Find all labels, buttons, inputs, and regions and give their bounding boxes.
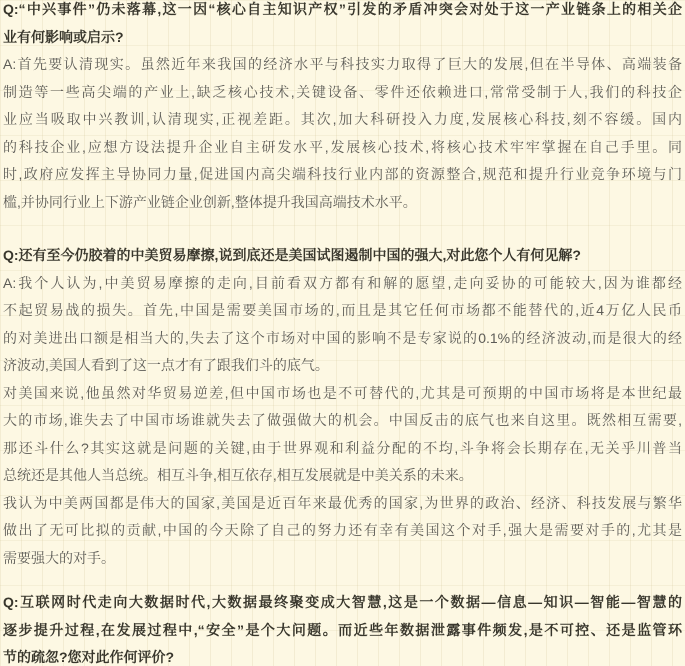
answer-paragraph-1: A:首先要认清现实。虽然近年来我国的经济水平与科技实力取得了巨大的发展,但在半导… xyxy=(3,51,682,216)
question-line: Q:互联网时代走向大数据时代,大数据最终聚变成大智慧,这是一个数据—信息—知识—… xyxy=(3,589,682,617)
question-line: 节的疏忽?您对此作何评价? xyxy=(3,644,682,666)
answer-paragraph-2b: 对美国来说,他虽然对华贸易逆差,但中国市场也是不可替代的,尤其是可预期的中国市场… xyxy=(3,380,682,490)
answer-line: A:我个人认为,中美贸易摩擦的走向,目前看双方都有和解的愿望,走向妥协的可能较大… xyxy=(3,270,682,298)
answer-line: 济波动,美国人看到了这一点才有了跟我们斗的底气。 xyxy=(3,352,682,380)
answer-line: 业应当吸取中兴教训,认清现实,正视差距。其次,加大科研投入力度,发展核心科技,刻… xyxy=(3,106,682,134)
question-paragraph-1: Q:“中兴事件”仍未落幕,这一因“核心自主知识产权”引发的矛盾冲突会对处于这一产… xyxy=(3,0,682,51)
question-paragraph-3: Q:互联网时代走向大数据时代,大数据最终聚变成大智慧,这是一个数据—信息—知识—… xyxy=(3,589,682,666)
answer-line: 的科技企业,应想方设法提升企业自主研发水平,发展核心技术,将核心技术牢牢掌握在自… xyxy=(3,134,682,162)
answer-line: 槛,并协同行业上下游产业链企业创新,整体提升我国高端技术水平。 xyxy=(3,189,682,217)
question-line: Q:还有至今仍胶着的中美贸易摩擦,说到底还是美国试图遏制中国的强大,对此您个人有… xyxy=(3,242,682,270)
answer-paragraph-2a: A:我个人认为,中美贸易摩擦的走向,目前看双方都有和解的愿望,走向妥协的可能较大… xyxy=(3,270,682,380)
answer-paragraph-2c: 我认为中美两国都是伟大的国家,美国是近百年来最优秀的国家,为世界的政治、经济、科… xyxy=(3,490,682,573)
interview-document: Q:“中兴事件”仍未落幕,这一因“核心自主知识产权”引发的矛盾冲突会对处于这一产… xyxy=(0,0,685,666)
question-line: 业有何影响或启示? xyxy=(3,24,682,52)
qa-section-2: Q:还有至今仍胶着的中美贸易摩擦,说到底还是美国试图遏制中国的强大,对此您个人有… xyxy=(3,242,682,572)
answer-line: 制造等一些高尖端的产业上,缺乏核心技术,关键设备、零件还依赖进口,常常受制于人,… xyxy=(3,79,682,107)
answer-line: 需要强大的对手。 xyxy=(3,545,682,573)
question-line: 逐步提升过程,在发展过程中,“安全”是个大问题。而近些年数据泄露事件频发,是不可… xyxy=(3,617,682,645)
answer-line: 总统还是其他人当总统。相互斗争,相互依存,相互发展就是中美关系的未来。 xyxy=(3,462,682,490)
answer-line: 那还斗什么?其实这就是问题的关键,由于世界观和利益分配的不均,斗争将会长期存在,… xyxy=(3,435,682,463)
answer-line: 的对美进出口额是相当大的,失去了这个市场对中国的影响不是专家说的0.1%的经济波… xyxy=(3,325,682,353)
qa-section-1: Q:“中兴事件”仍未落幕,这一因“核心自主知识产权”引发的矛盾冲突会对处于这一产… xyxy=(3,0,682,216)
answer-line: 做出了无可比拟的贡献,中国的今天除了自己的努力还有幸有美国这个对手,强大是需要对… xyxy=(3,517,682,545)
answer-line: A:首先要认清现实。虽然近年来我国的经济水平与科技实力取得了巨大的发展,但在半导… xyxy=(3,51,682,79)
qa-section-3: Q:互联网时代走向大数据时代,大数据最终聚变成大智慧,这是一个数据—信息—知识—… xyxy=(3,589,682,666)
answer-line: 大的市场,谁失去了中国市场谁就失去了做强做大的机会。中国反击的底气也来自这里。既… xyxy=(3,407,682,435)
answer-line: 不起贸易战的损失。首先,中国是需要美国市场的,而且是其它任何市场都不能替代的,近… xyxy=(3,297,682,325)
answer-line: 对美国来说,他虽然对华贸易逆差,但中国市场也是不可替代的,尤其是可预期的中国市场… xyxy=(3,380,682,408)
answer-line: 时,政府应发挥主导协同力量,促进国内高尖端科技行业内部的资源整合,规范和提升行业… xyxy=(3,161,682,189)
question-paragraph-2: Q:还有至今仍胶着的中美贸易摩擦,说到底还是美国试图遏制中国的强大,对此您个人有… xyxy=(3,242,682,270)
question-line: Q:“中兴事件”仍未落幕,这一因“核心自主知识产权”引发的矛盾冲突会对处于这一产… xyxy=(3,0,682,24)
answer-line: 我认为中美两国都是伟大的国家,美国是近百年来最优秀的国家,为世界的政治、经济、科… xyxy=(3,490,682,518)
